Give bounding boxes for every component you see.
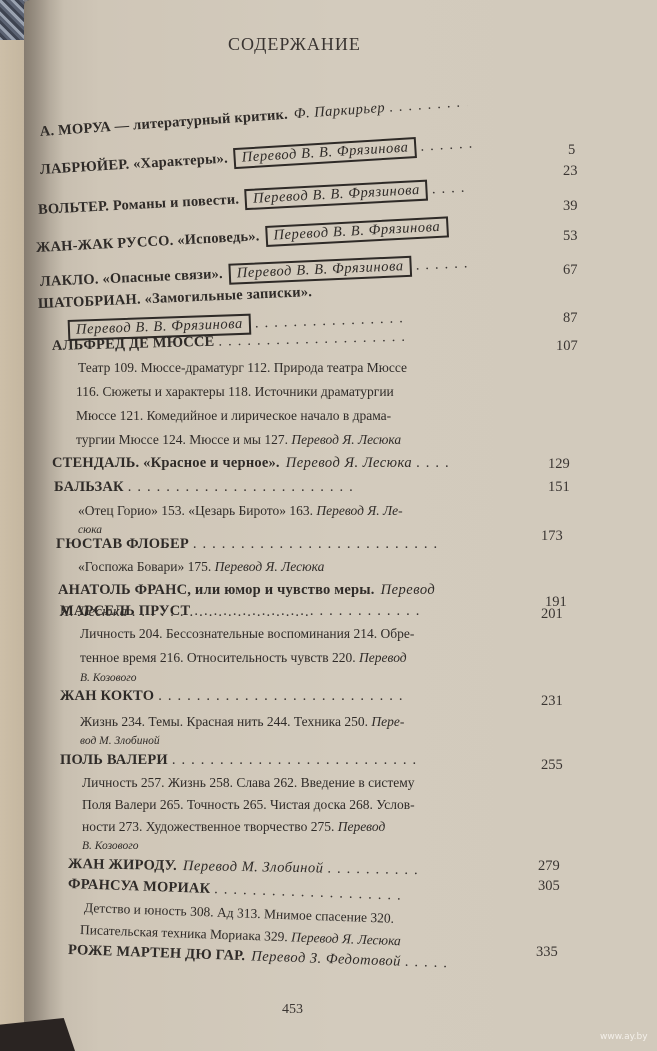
toc-entry: А. МОРУА — литературный критик. Ф. Парки… — [39, 94, 467, 144]
toc-translator: Пере- — [371, 714, 404, 729]
toc-subentry-continuation: сюка — [78, 524, 102, 536]
toc-translator: Перевод З. Федотовой — [251, 948, 401, 970]
toc-subentry: Поля Валери 265. Точность 265. Чистая до… — [82, 797, 415, 813]
toc-author: ЖАН КОКТО — [60, 688, 154, 705]
toc-translator: Перевод Я. Лесюка — [286, 455, 412, 472]
toc-page-number: 255 — [541, 757, 563, 774]
toc-entry: СТЕНДАЛЬ. «Красное и черное». Перевод Я.… — [52, 455, 530, 475]
toc-translator: Перевод — [338, 819, 386, 834]
toc-entry: РОЖЕ МАРТЕН ДЮ ГАР. Перевод З. Федотовой… — [68, 942, 530, 978]
toc-page-number: 173 — [541, 528, 563, 545]
toc-entry: ПОЛЬ ВАЛЕРИ .......................... — [60, 752, 534, 772]
toc-author: АНАТОЛЬ ФРАНС, или юмор и чувство меры. — [58, 582, 375, 599]
toc-subentry: «Отец Горио» 153. «Цезарь Бирото» 163. П… — [78, 503, 403, 519]
toc-page-number: 5 — [568, 142, 575, 159]
toc-subentry: ности 273. Художественное творчество 275… — [82, 819, 385, 835]
toc-subentry: Театр 109. Мюссе-драматург 112. Природа … — [78, 360, 407, 376]
toc-author: ЛАКЛО. «Опасные связи». — [40, 266, 224, 291]
toc-entry: ГЮСТАВ ФЛОБЕР .......................... — [56, 536, 532, 556]
toc-translator: Перевод Я. Лесюка — [215, 559, 325, 574]
toc-translator: Перевод — [359, 650, 407, 665]
toc-leader-dots: .......................... — [189, 536, 532, 553]
toc-translator: Перевод Я. Лесюка — [291, 432, 401, 447]
toc-subentry: Личность 257. Жизнь 258. Слава 262. Введ… — [82, 775, 415, 791]
toc-page-number: 87 — [563, 310, 578, 327]
toc-subentry: «Госпожа Бовари» 175. Перевод Я. Лесюка — [78, 559, 324, 575]
toc-entry: АНАТОЛЬ ФРАНС, или юмор и чувство меры. … — [58, 582, 534, 602]
toc-subentry: Жизнь 234. Темы. Красная нить 244. Техни… — [80, 714, 404, 730]
toc-leader-dots: ...... — [416, 133, 510, 156]
toc-page-number: 201 — [541, 606, 563, 623]
toc-subentry: Мюссе 121. Комедийное и лирическое начал… — [76, 408, 391, 424]
toc-translator-stamp: Перевод В. В. Фрязинова — [233, 137, 417, 169]
toc-translator: Перевод Я. Ле- — [316, 503, 402, 518]
toc-leader-dots: .... — [412, 455, 530, 472]
toc-author: БАЛЬЗАК — [54, 479, 124, 496]
toc-page-number: 305 — [538, 878, 560, 895]
table-of-contents: А. МОРУА — литературный критик. Ф. Парки… — [0, 0, 657, 1051]
toc-entry: ЖАН-ЖАК РУССО. «Исповедь». Перевод В. В.… — [35, 212, 525, 258]
toc-page-number: 335 — [536, 944, 558, 961]
toc-author: РОЖЕ МАРТЕН ДЮ ГАР. — [68, 942, 246, 965]
page-number: 453 — [282, 1002, 303, 1018]
toc-leader-dots: ...... — [411, 253, 530, 275]
toc-leader-dots: ..... — [401, 954, 530, 975]
toc-subentry: 116. Сюжеты и характеры 118. Источники д… — [76, 384, 394, 400]
toc-page-number: 151 — [548, 479, 570, 496]
toc-leader-dots: .......... — [385, 94, 468, 117]
toc-author: ЖАН-ЖАК РУССО. «Исповедь». — [36, 228, 260, 257]
toc-author: АЛЬФРЕД ДЕ МЮССЕ — [52, 334, 215, 355]
toc-subentry: тургии Мюссе 124. Мюссе и мы 127. Перево… — [76, 432, 401, 448]
toc-page-number: 231 — [541, 693, 563, 710]
toc-author: СТЕНДАЛЬ. «Красное и черное». — [52, 455, 280, 472]
toc-leader-dots: ........................ — [190, 603, 534, 620]
toc-author: ЖАН ЖИРОДУ. — [68, 856, 177, 875]
toc-author: А. МОРУА — литературный критик. — [39, 107, 288, 141]
toc-translator: Перевод — [381, 582, 436, 599]
toc-author: ФРАНСУА МОРИАК — [68, 876, 211, 898]
toc-author: ВОЛЬТЕР. Романы и повести. — [38, 191, 240, 219]
toc-leader-dots: .......................... — [168, 752, 534, 769]
toc-translator-stamp: Перевод В. В. Фрязинова — [265, 216, 449, 247]
toc-author: МАРСЕЛЬ ПРУСТ — [60, 603, 190, 620]
toc-subentry: Личность 204. Бессознательные воспоминан… — [80, 626, 414, 642]
watermark: www.ay.by — [600, 1032, 648, 1042]
toc-subentry: тенное время 216. Относительность чувств… — [80, 650, 407, 666]
toc-subentry-continuation: В. Козового — [82, 840, 138, 852]
toc-entry: МАРСЕЛЬ ПРУСТ ........................ — [60, 603, 534, 623]
toc-author: ГЮСТАВ ФЛОБЕР — [56, 536, 189, 553]
toc-entry: ВОЛЬТЕР. Романы и повести. Перевод В. В.… — [37, 174, 527, 220]
toc-translator-stamp: Перевод В. В. Фрязинова — [245, 180, 429, 211]
toc-page-number: 129 — [548, 456, 570, 473]
toc-subentry-continuation: вод М. Злобиной — [80, 735, 160, 747]
toc-page-number: 23 — [563, 163, 578, 180]
toc-leader-dots: .... — [427, 176, 527, 198]
toc-page-number: 279 — [538, 858, 560, 875]
toc-translator: Ф. Паркирьер — [293, 100, 385, 123]
toc-leader-dots: .................... — [210, 881, 530, 909]
toc-leader-dots: .......... — [323, 860, 530, 881]
toc-author: ПОЛЬ ВАЛЕРИ — [60, 752, 168, 769]
toc-entry: БАЛЬЗАК ........................ — [54, 479, 532, 499]
toc-translator: Перевод М. Злобиной — [183, 858, 324, 877]
toc-leader-dots: .......................... — [154, 688, 534, 705]
toc-entry: ЖАН КОКТО .......................... — [60, 688, 534, 708]
toc-page-number: 53 — [563, 228, 578, 245]
toc-subentry-continuation: В. Козового — [80, 672, 136, 684]
toc-author: ЛАБРЮЙЕР. «Характеры». — [40, 151, 229, 179]
toc-leader-dots: ........................ — [124, 479, 532, 496]
toc-page-number: 67 — [563, 262, 578, 279]
toc-page-number: 39 — [563, 198, 578, 215]
toc-translator: Перевод Я. Лесюка — [291, 929, 401, 948]
toc-page-number: 107 — [556, 338, 578, 355]
